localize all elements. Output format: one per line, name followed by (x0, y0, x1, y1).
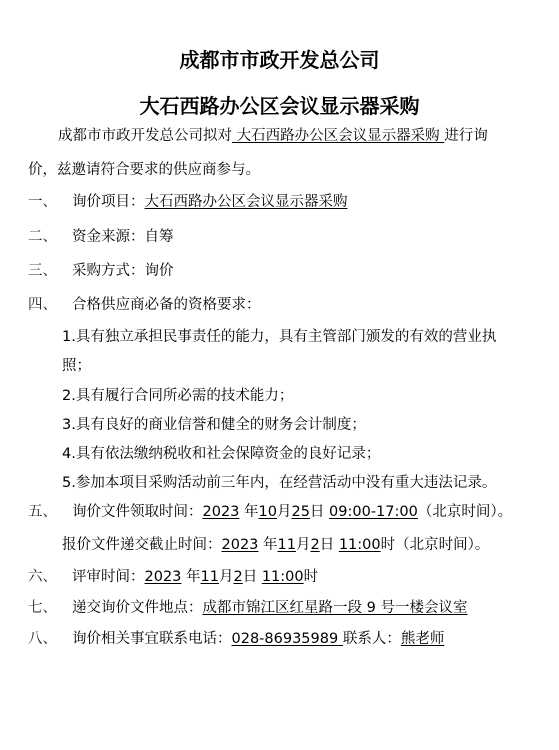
section-label: 询价相关事宜联系电话： (72, 631, 232, 647)
contact-phone: 028-86935989 (232, 631, 343, 647)
day-unit: 日 (320, 537, 335, 553)
section-label: 采购方式： (72, 263, 145, 279)
year-unit: 年 (186, 569, 201, 585)
month-unit: 月 (219, 569, 234, 585)
intro-paragraph-line1: 成都市市政开发总公司拟对 大石西路办公区会议显示器采购 进行询 (58, 126, 488, 146)
section-3: 三、采购方式：询价 (28, 261, 174, 281)
review-time: 11:00 (262, 569, 304, 585)
pickup-month: 10 (259, 504, 277, 520)
pickup-time: 09:00-17:00 (329, 504, 418, 520)
intro-project-name: 大石西路办公区会议显示器采购 (232, 128, 444, 144)
section-number: 二、 (28, 227, 72, 247)
requirement-item: 4.具有依法缴纳税收和社会保障资金的良好记录； (62, 444, 380, 464)
section-2: 二、资金来源：自筹 (28, 227, 174, 247)
month-unit: 月 (296, 537, 311, 553)
section-6: 六、评审时间：2023 年11月2日 11:00时 (28, 567, 318, 587)
pickup-day: 25 (291, 504, 309, 520)
requirement-item: 1.具有独立承担民事责任的能力，具有主管部门颁发的有效的营业执 (62, 327, 496, 347)
month-unit: 月 (277, 504, 292, 520)
intro-prefix: 成都市市政开发总公司拟对 (58, 128, 232, 144)
section-5: 五、询价文件领取时间：2023 年10月25日 09:00-17:00（北京时间… (28, 502, 512, 522)
timezone-note: （北京时间）。 (418, 504, 512, 520)
review-day: 2 (233, 569, 242, 585)
deadline-month: 11 (278, 537, 296, 553)
section-label: 询价文件领取时间： (72, 504, 203, 520)
section-7: 七、递交询价文件地点：成都市锦江区红星路一段 9 号一楼会议室 (28, 598, 467, 618)
requirement-item-continued: 照； (62, 356, 91, 376)
procurement-method-value: 询价 (145, 263, 174, 279)
year-unit: 年 (263, 537, 278, 553)
funding-source-value: 自筹 (145, 229, 174, 245)
review-year: 2023 (145, 569, 182, 585)
section-8: 八、询价相关事宜联系电话：028-86935989 联系人：熊老师 (28, 629, 444, 649)
contact-label: 联系人： (343, 631, 401, 647)
requirement-item: 3.具有良好的商业信誉和健全的财务会计制度； (62, 415, 366, 435)
section-4: 四、合格供应商必备的资格要求： (28, 295, 261, 315)
submission-address: 成都市锦江区红星路一段 9 号一楼会议室 (203, 600, 468, 616)
intro-suffix: 进行询 (444, 128, 488, 144)
year-unit: 年 (244, 504, 259, 520)
section-1: 一、询价项目：大石西路办公区会议显示器采购 (28, 192, 348, 212)
section-label: 递交询价文件地点： (72, 600, 203, 616)
section-number: 五、 (28, 502, 72, 522)
section-number: 一、 (28, 192, 72, 212)
day-unit: 日 (243, 569, 258, 585)
section-number: 八、 (28, 629, 72, 649)
deadline-label: 报价文件递交截止时间： (62, 537, 222, 553)
project-name-value: 大石西路办公区会议显示器采购 (145, 194, 348, 210)
requirement-item: 2.具有履行合同所必需的技术能力； (62, 386, 293, 406)
section-number: 三、 (28, 261, 72, 281)
section-label: 评审时间： (72, 569, 145, 585)
hour-unit: 时 (304, 569, 319, 585)
deadline-time: 11:00 (339, 537, 381, 553)
document-title-line2: 大石西路办公区会议显示器采购 (0, 90, 559, 119)
deadline-day: 2 (310, 537, 319, 553)
section-label: 询价项目： (72, 194, 145, 210)
intro-paragraph-line2: 价，兹邀请符合要求的供应商参与。 (28, 160, 260, 180)
section-number: 七、 (28, 598, 72, 618)
section-number: 四、 (28, 295, 72, 315)
requirement-item: 5.参加本项目采购活动前三年内，在经营活动中没有重大违法记录。 (62, 473, 496, 493)
document-title-line1: 成都市市政开发总公司 (0, 44, 559, 73)
submission-deadline: 报价文件递交截止时间：2023 年11月2日 11:00时（北京时间）。 (62, 535, 489, 555)
review-month: 11 (201, 569, 219, 585)
day-unit: 日 (310, 504, 325, 520)
timezone-note: 时（北京时间）。 (381, 537, 490, 553)
section-label: 合格供应商必备的资格要求： (72, 297, 261, 313)
contact-person: 熊老师 (401, 631, 445, 647)
pickup-year: 2023 (203, 504, 240, 520)
section-number: 六、 (28, 567, 72, 587)
deadline-year: 2023 (222, 537, 259, 553)
section-label: 资金来源： (72, 229, 145, 245)
